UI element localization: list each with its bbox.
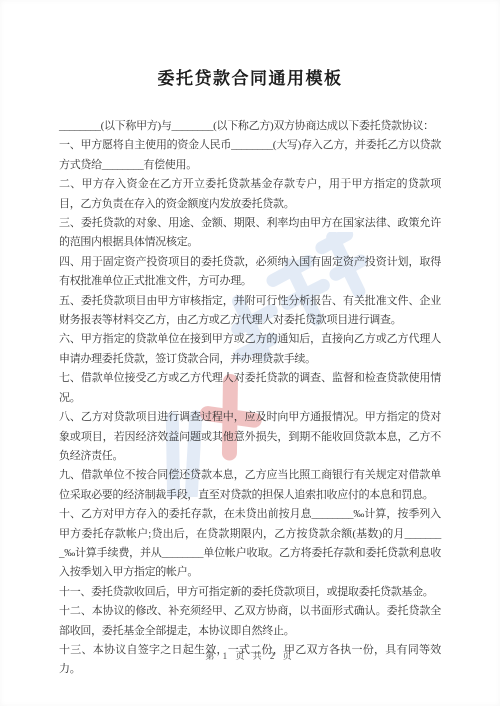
contract-document-page: 委托贷款合同通用模板 ________(以下称甲方)与________(以下称乙… <box>0 0 500 706</box>
clause-11: 十一、委托贷款收回后，甲方可指定新的委托贷款项目，或提取委托贷款基金。 <box>59 583 441 602</box>
clause-10: 十、乙方对甲方存入的委托存款，在未贷出前按月息________‰计算，按季列入甲… <box>59 505 441 583</box>
intro-paragraph: ________(以下称甲方)与________(以下称乙方)双方协商达成以下委… <box>59 117 441 136</box>
clause-2: 二、甲方存入资金在乙方开立委托贷款基金存款专户，用于甲方指定的贷款项目，乙方负责… <box>59 175 441 214</box>
clause-7: 七、借款单位接受乙方或乙方代理人对委托贷款的调查、监督和检查贷款使用情况。 <box>59 369 441 408</box>
clause-3: 三、委托贷款的对象、用途、金额、期限、利率均由甲方在国家法律、政策允许的范围内根… <box>59 214 441 253</box>
clause-6: 六、甲方指定的贷款单位在接到甲方或乙方的通知后，直接向乙方或乙方代理人申请办理委… <box>59 330 441 369</box>
document-body: ________(以下称甲方)与________(以下称乙方)双方协商达成以下委… <box>59 117 441 680</box>
clause-4: 四、用于固定资产投资项目的委托贷款，必须纳入国有固定资产投资计划，取得有权批准单… <box>59 253 441 292</box>
clause-9: 九、借款单位不按合同偿还贷款本息，乙方应当比照工商银行有关规定对借款单位采取必要… <box>59 466 441 505</box>
clause-1: 一、甲方愿将自主使用的资金人民币________(大写)存入乙方，并委托乙方以贷… <box>59 136 441 175</box>
clause-8: 八、乙方对贷款项目进行调查过程中，应及时向甲方通报情况。甲方指定的贷对象或项目，… <box>59 408 441 466</box>
clause-5: 五、委托贷款项目由甲方审核指定，并附可行性分析报告、有关批准文件、企业财务报表等… <box>59 292 441 331</box>
clause-12: 十二、本协议的修改、补充须经甲、乙双方协商，以书面形式确认。委托贷款全部收回，委… <box>59 602 441 641</box>
page-number: 第 1 页 共 2 页 <box>0 649 500 662</box>
document-title: 委托贷款合同通用模板 <box>0 64 500 89</box>
